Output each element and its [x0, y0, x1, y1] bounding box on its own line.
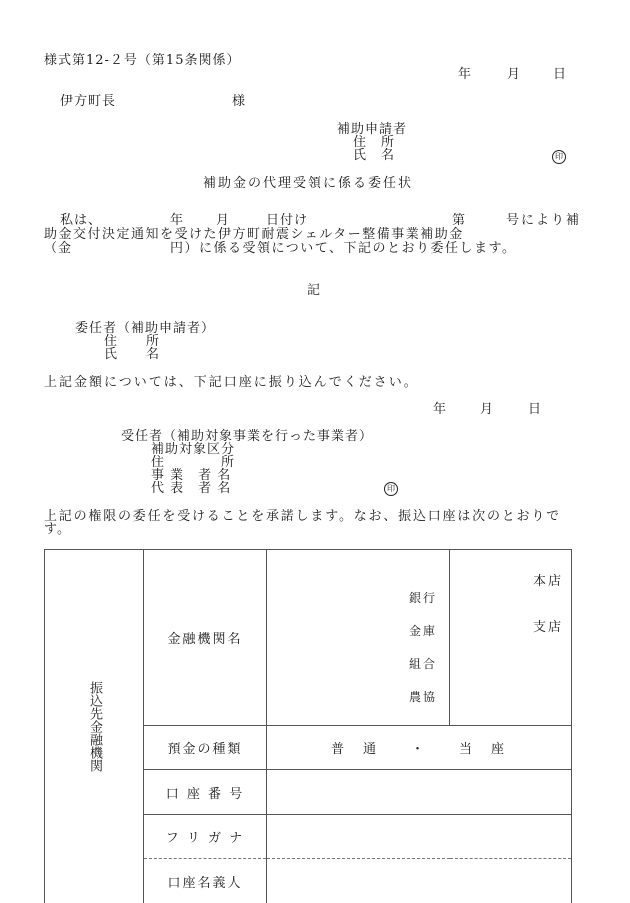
deposit-type-options[interactable]: 普 通 ・ 当 座: [267, 726, 572, 770]
date2-year: 年: [433, 403, 447, 416]
furigana-field[interactable]: [267, 815, 572, 859]
ki-label: 記: [307, 284, 321, 297]
date-year: 年: [458, 68, 472, 81]
bank-type-bank: 銀行: [267, 593, 437, 604]
branch-sub: 支店: [450, 616, 563, 635]
form-number: 様式第12-２号（第15条関係）: [44, 54, 240, 67]
honorific: 様: [232, 95, 246, 108]
account-number-field[interactable]: [267, 770, 572, 815]
seal-icon: 印: [552, 150, 566, 164]
bank-type-cell[interactable]: 銀行 金庫 組合 農協: [267, 550, 450, 726]
bank-name-label: 金融機関名: [144, 550, 267, 726]
bank-type-shinkin: 金庫: [267, 626, 437, 637]
side-label: 振込先金融機関: [87, 681, 101, 772]
body-line1-a: 私は、: [60, 214, 102, 227]
delegatee-representative-label: 代 表 者 名: [151, 482, 231, 495]
body-line2: 助金交付決定通知を受けた伊方町耐震シェルター整備事業補助金: [44, 228, 464, 241]
bank-type-options: 銀行 金庫 組合 農協: [267, 550, 437, 725]
addressee: 伊方町長: [60, 95, 116, 108]
account-number-label: 口 座 番 号: [144, 770, 267, 815]
applicant-name-label: 氏 名: [353, 149, 395, 162]
deposit-type-label: 預金の種類: [144, 726, 267, 770]
acceptance-line2: す。: [44, 523, 71, 536]
seal-icon: 印: [384, 482, 398, 496]
body-line1-month: 月: [216, 214, 230, 227]
body-line1-day: 日付け: [266, 214, 308, 227]
account-holder-field[interactable]: [267, 859, 572, 903]
body-line3-b: 円）に係る受領について、下記のとおり委任します。: [170, 242, 516, 255]
transfer-request: 上記金額については、下記口座に振り込んでください。: [44, 376, 419, 389]
body-line3-a: （金: [44, 242, 72, 255]
branch-main: 本店: [450, 570, 563, 589]
document-title: 補助金の代理受領に係る委任状: [203, 177, 413, 190]
account-holder-label: 口座名義人: [144, 859, 267, 903]
side-label-cell: 振込先金融機関: [45, 550, 144, 903]
bank-type-nokyo: 農協: [267, 692, 437, 703]
bank-type-kumiai: 組合: [267, 659, 437, 670]
delegator-name-label: 氏 名: [104, 348, 160, 361]
furigana-label: フ リ ガ ナ: [144, 815, 267, 859]
body-line1-no: 第: [452, 214, 466, 227]
acceptance-line1: 上記の権限の委任を受けることを承諾します。なお、振込口座は次のとおりで: [44, 510, 561, 523]
branch-cell[interactable]: 本店 支店: [450, 550, 572, 726]
body-line1-b: 号により補: [506, 214, 581, 227]
date2-month: 月: [480, 403, 494, 416]
date-day: 日: [553, 68, 567, 81]
date-month: 月: [507, 68, 521, 81]
body-line1-year: 年: [170, 214, 184, 227]
date2-day: 日: [528, 403, 542, 416]
bank-account-table: 振込先金融機関 金融機関名 銀行 金庫 組合 農協 本店 支店 預金の種類 普 …: [44, 549, 572, 903]
